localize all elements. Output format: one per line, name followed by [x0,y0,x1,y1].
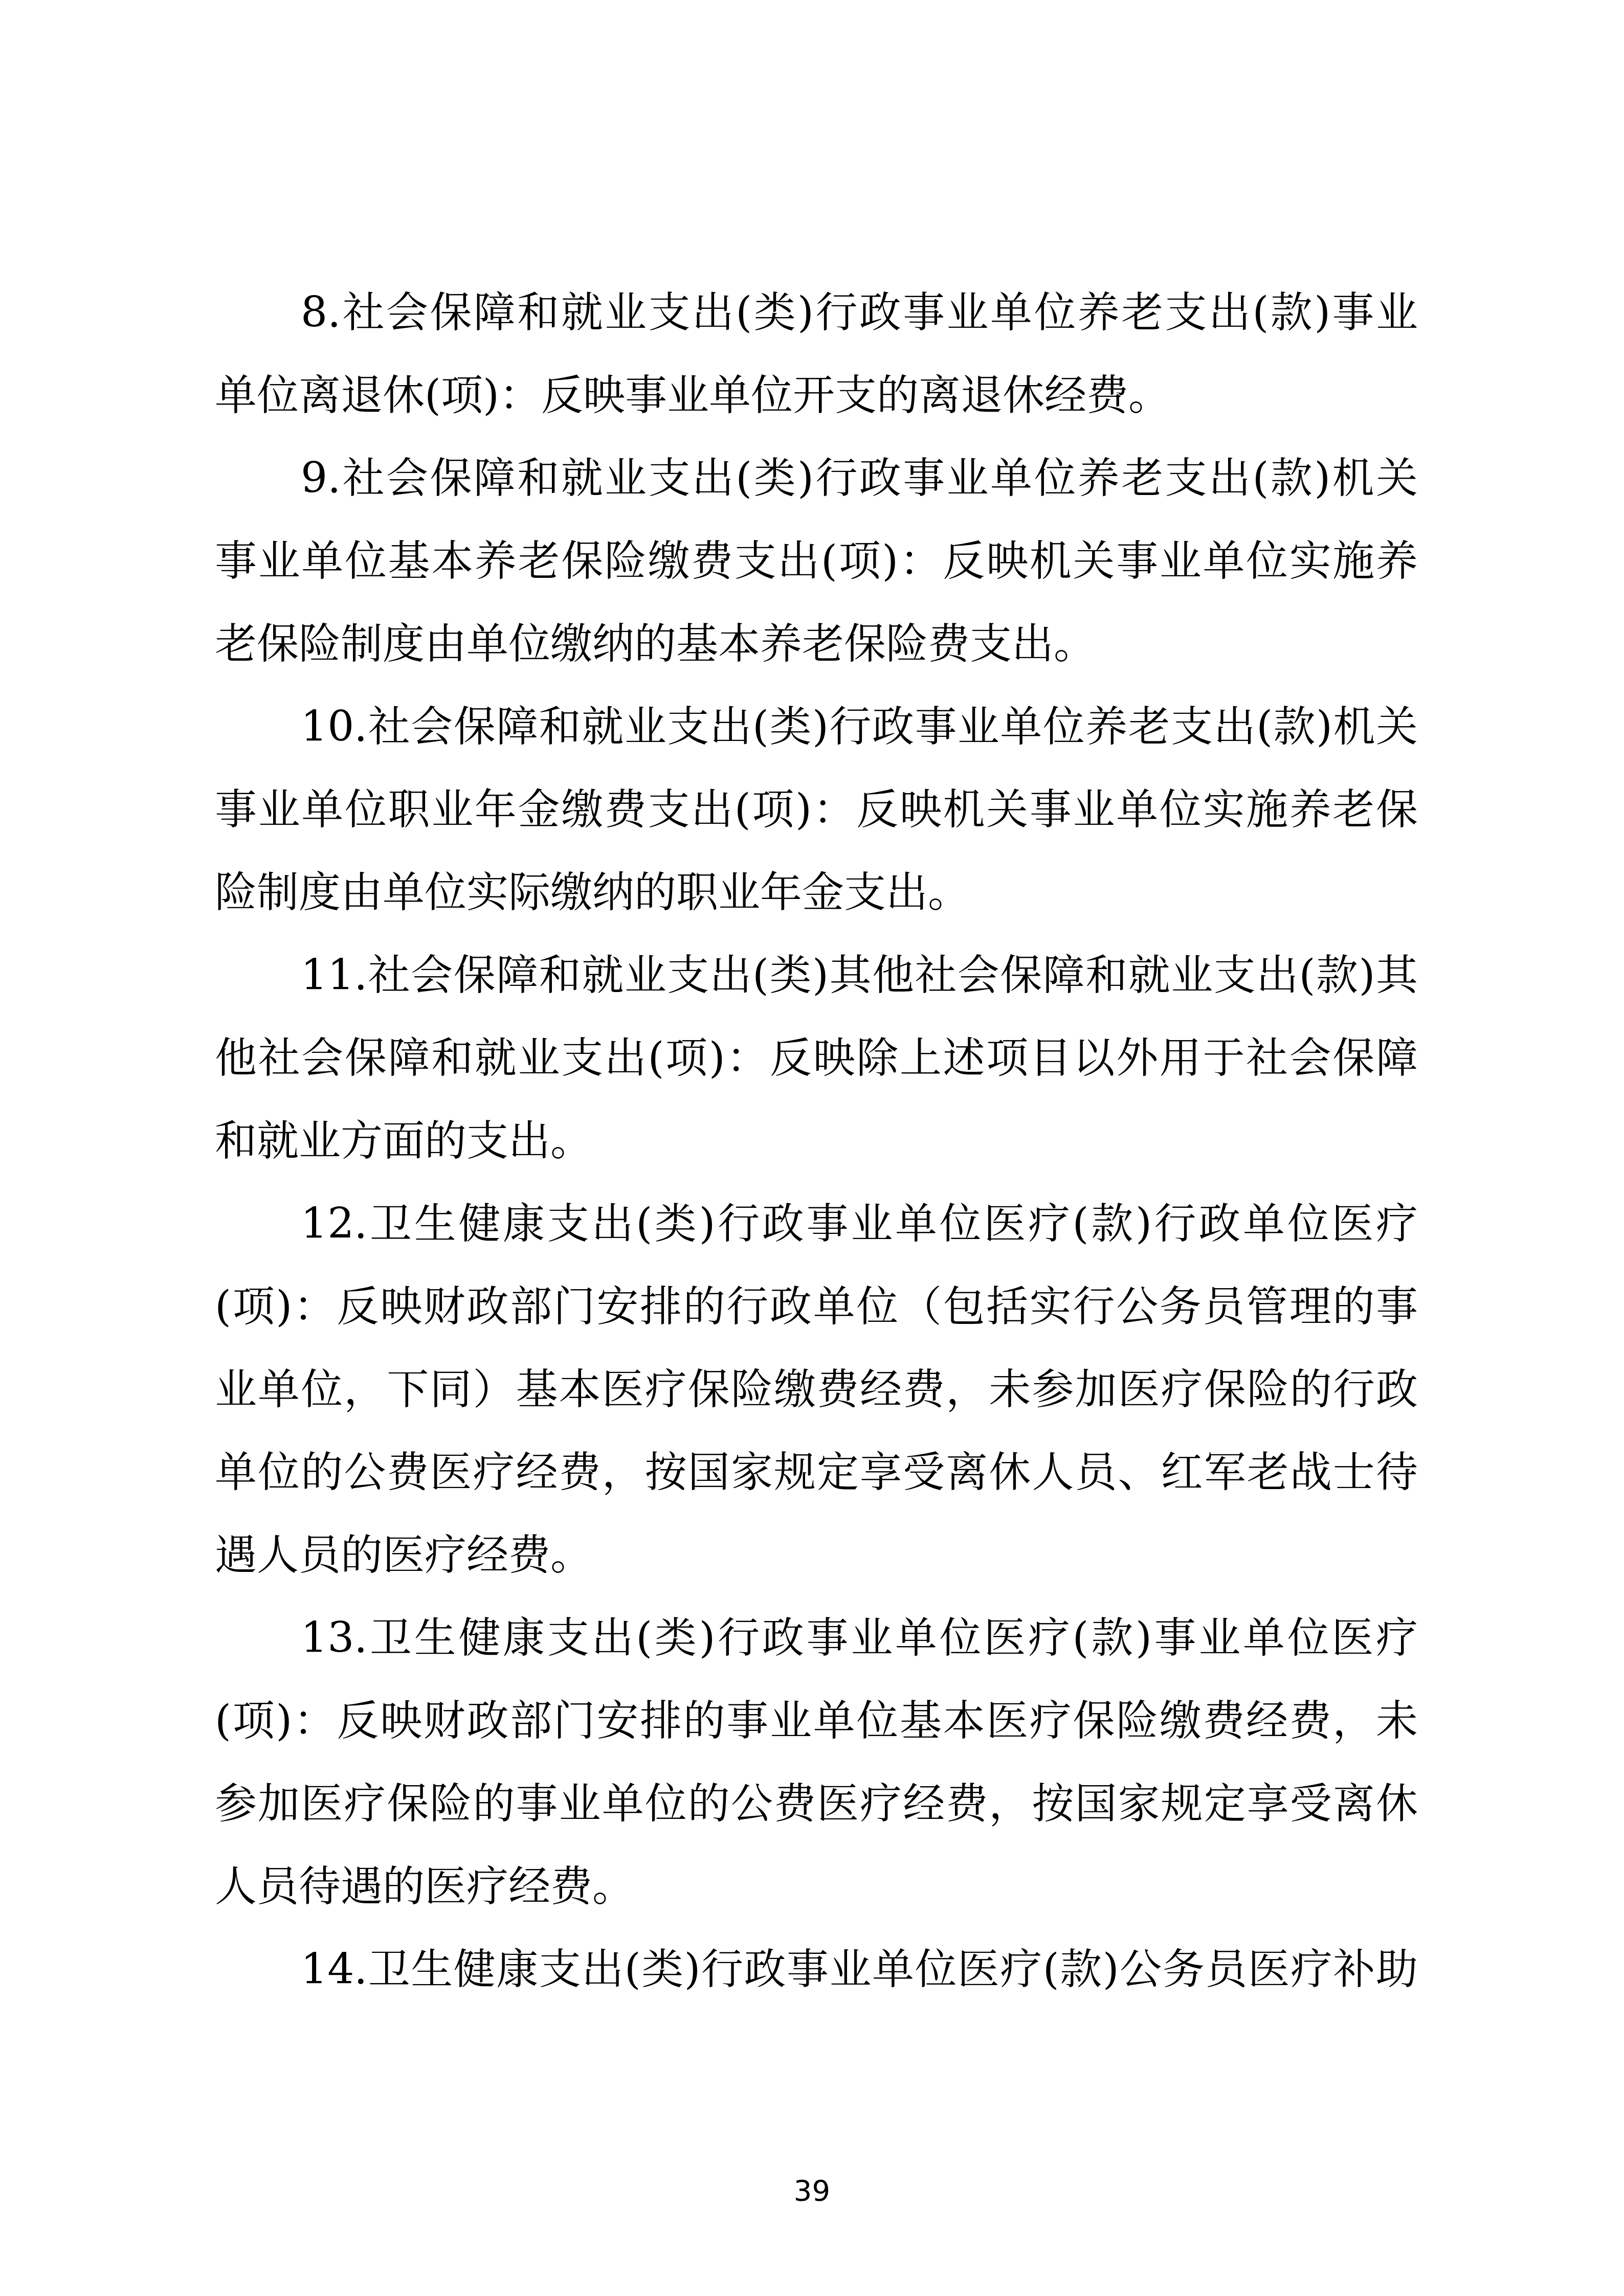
page-number: 39 [794,2174,830,2208]
document-body: 8.社会保障和就业支出(类)行政事业单位养老支出(款)事业单位离退休(项)：反映… [215,272,1418,2011]
paragraph-item-10: 10.社会保障和就业支出(类)行政事业单位养老支出(款)机关事业单位职业年金缴费… [215,686,1418,934]
text-line: 14.卫生健康支出(类)行政事业单位医疗(款)公务员医疗补助 [215,1928,1418,2011]
text-line: 13.卫生健康支出(类)行政事业单位医疗(款)事业单位医疗 [215,1597,1418,1680]
text-line: 9.社会保障和就业支出(类)行政事业单位养老支出(款)机关 [215,437,1418,520]
text-line: (项)：反映财政部门安排的行政单位（包括实行公务员管理的事 [215,1266,1418,1348]
text-line: 事业单位职业年金缴费支出(项)：反映机关事业单位实施养老保 [215,769,1418,851]
paragraph-item-12: 12.卫生健康支出(类)行政事业单位医疗(款)行政单位医疗(项)：反映财政部门安… [215,1183,1418,1597]
text-line: 险制度由单位实际缴纳的职业年金支出。 [215,851,1418,934]
text-line: 单位的公费医疗经费，按国家规定享受离休人员、红军老战士待 [215,1431,1418,1514]
paragraph-item-13: 13.卫生健康支出(类)行政事业单位医疗(款)事业单位医疗(项)：反映财政部门安… [215,1597,1418,1928]
paragraph-item-8: 8.社会保障和就业支出(类)行政事业单位养老支出(款)事业单位离退休(项)：反映… [215,272,1418,437]
document-page: 8.社会保障和就业支出(类)行政事业单位养老支出(款)事业单位离退休(项)：反映… [0,0,1624,2296]
text-line: 单位离退休(项)：反映事业单位开支的离退休经费。 [215,354,1418,437]
text-line: 12.卫生健康支出(类)行政事业单位医疗(款)行政单位医疗 [215,1183,1418,1266]
text-line: 他社会保障和就业支出(项)：反映除上述项目以外用于社会保障 [215,1017,1418,1100]
text-line: 遇人员的医疗经费。 [215,1514,1418,1597]
text-line: 和就业方面的支出。 [215,1100,1418,1183]
paragraph-item-11: 11.社会保障和就业支出(类)其他社会保障和就业支出(款)其他社会保障和就业支出… [215,934,1418,1183]
text-line: 10.社会保障和就业支出(类)行政事业单位养老支出(款)机关 [215,686,1418,769]
text-line: 业单位，下同）基本医疗保险缴费经费，未参加医疗保险的行政 [215,1348,1418,1431]
text-line: 人员待遇的医疗经费。 [215,1845,1418,1928]
page-footer: 39 [0,2174,1624,2208]
text-line: 11.社会保障和就业支出(类)其他社会保障和就业支出(款)其 [215,934,1418,1017]
text-line: 老保险制度由单位缴纳的基本养老保险费支出。 [215,603,1418,686]
paragraph-item-9: 9.社会保障和就业支出(类)行政事业单位养老支出(款)机关事业单位基本养老保险缴… [215,437,1418,686]
paragraph-item-14: 14.卫生健康支出(类)行政事业单位医疗(款)公务员医疗补助 [215,1928,1418,2011]
text-line: (项)：反映财政部门安排的事业单位基本医疗保险缴费经费，未 [215,1680,1418,1763]
text-line: 参加医疗保险的事业单位的公费医疗经费，按国家规定享受离休 [215,1763,1418,1845]
text-line: 8.社会保障和就业支出(类)行政事业单位养老支出(款)事业 [215,272,1418,354]
text-line: 事业单位基本养老保险缴费支出(项)：反映机关事业单位实施养 [215,520,1418,603]
